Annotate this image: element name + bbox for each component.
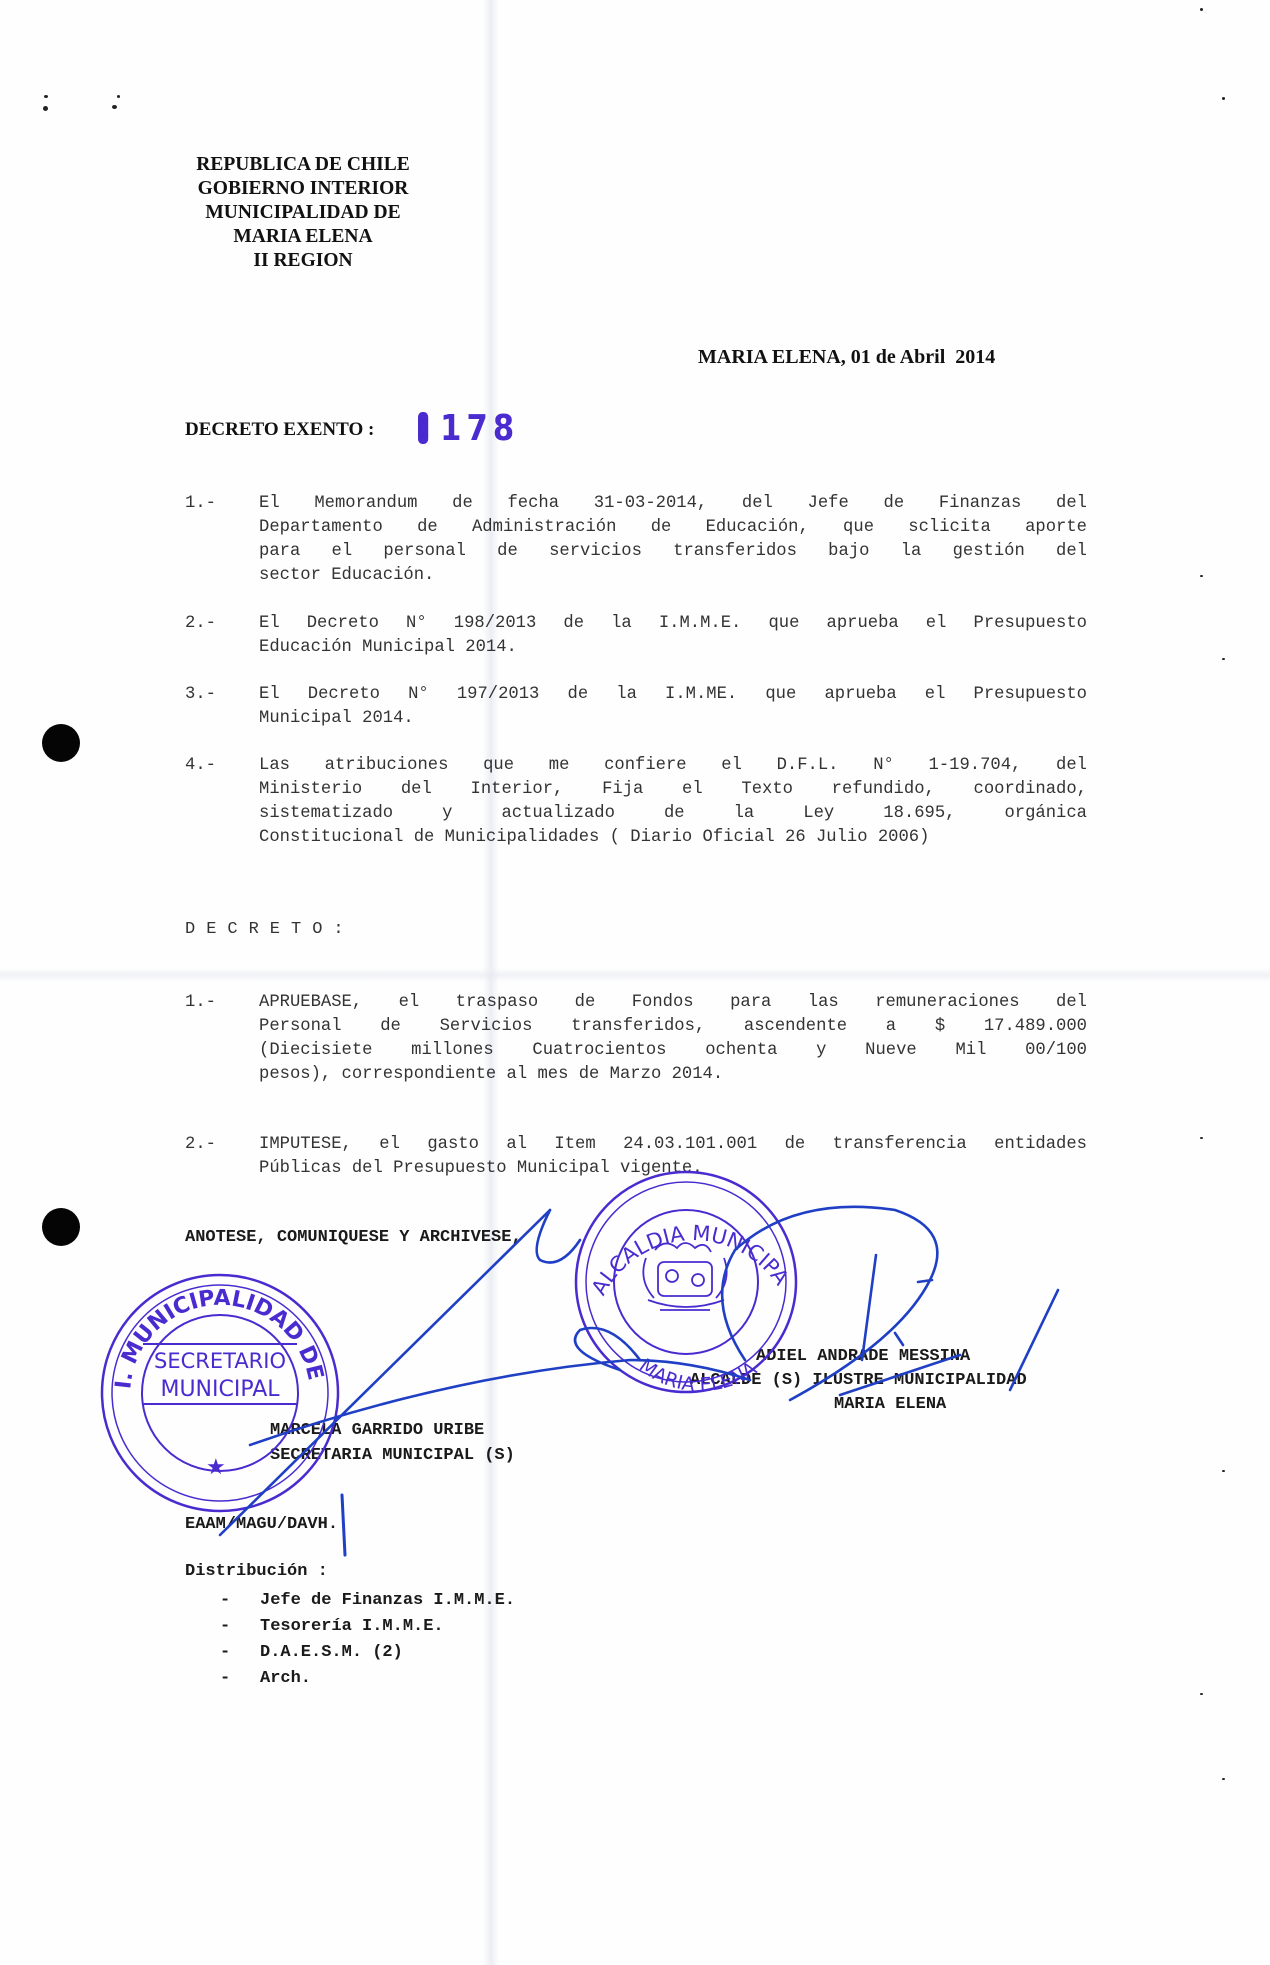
text-line: pesos), correspondiente al mes de Marzo …: [259, 1063, 1087, 1087]
distribution-title: Distribución :: [185, 1562, 328, 1581]
item-text: APRUEBASE, el traspaso de Fondos para la…: [259, 991, 1087, 1087]
signatory-title: ALCALDE (S) ILUSTRE MUNICIPALIDAD: [690, 1369, 1027, 1393]
signatory-name: MARCELA GARRIDO URIBE: [270, 1418, 515, 1443]
item-text: El Memorandum de fecha 31-03-2014, del J…: [259, 492, 1087, 588]
text-line: Personal de Servicios transferidos, asce…: [259, 1015, 1087, 1039]
text-line: Municipal 2014.: [259, 707, 1087, 731]
signatory-name: ADIEL ANDRADE MESSINA: [690, 1345, 1027, 1369]
text-line: Ministerio del Interior, Fija el Texto r…: [259, 778, 1087, 802]
hole-punch: [42, 1208, 80, 1246]
scan-speck: [43, 106, 48, 111]
header-line: GOBIERNO INTERIOR: [183, 177, 423, 201]
paper-fold-horizontal: [0, 968, 1270, 982]
distribution-item: -D.A.E.S.M. (2): [220, 1640, 515, 1666]
header-line: MARIA ELENA: [183, 225, 423, 249]
item-text: IMPUTESE, el gasto al Item 24.03.101.001…: [259, 1133, 1087, 1181]
item-number: 2.-: [185, 1133, 255, 1157]
distribution-item: -Arch.: [220, 1666, 515, 1692]
text-line: Departamento de Administración de Educac…: [259, 516, 1087, 540]
text-line: Constitucional de Municipalidades ( Diar…: [259, 826, 1087, 850]
distribution-list: -Jefe de Finanzas I.M.M.E. -Tesorería I.…: [220, 1588, 515, 1692]
scan-speck: [1200, 1137, 1203, 1139]
signatory-place: MARIA ELENA: [690, 1393, 1027, 1417]
text-line: El Decreto N° 198/2013 de la I.M.M.E. qu…: [259, 612, 1087, 636]
header-line: II REGION: [183, 249, 423, 273]
signatory-mayor: ADIEL ANDRADE MESSINA ALCALDE (S) ILUSTR…: [690, 1345, 1027, 1417]
distribution-item: -Tesorería I.M.M.E.: [220, 1614, 515, 1640]
scan-speck: [1200, 8, 1203, 11]
document-page: REPUBLICA DE CHILE GOBIERNO INTERIOR MUN…: [0, 0, 1270, 1965]
scan-speck: [44, 95, 48, 98]
signatory-title: SECRETARIA MUNICIPAL (S): [270, 1443, 515, 1468]
hole-punch: [42, 724, 80, 762]
date-line: MARIA ELENA, 01 de Abril 2014: [698, 346, 995, 369]
text-line: Educación Municipal 2014.: [259, 636, 1087, 660]
decree-number: 178: [440, 408, 519, 449]
closing-formula: ANOTESE, COMUNIQUESE Y ARCHIVESE,: [185, 1228, 522, 1247]
item-number: 1.-: [185, 991, 255, 1015]
scan-speck: [1222, 97, 1225, 100]
item-number: 2.-: [185, 612, 255, 636]
header-line: MUNICIPALIDAD DE: [183, 201, 423, 225]
item-text: El Decreto N° 198/2013 de la I.M.M.E. qu…: [259, 612, 1087, 660]
item-text: Las atribuciones que me confiere el D.F.…: [259, 754, 1087, 850]
signatory-secretary: MARCELA GARRIDO URIBE SECRETARIA MUNICIP…: [270, 1418, 515, 1468]
item-number: 4.-: [185, 754, 255, 778]
decreto-title: DECRETO:: [185, 920, 355, 939]
scan-speck: [117, 95, 120, 98]
stamps-and-signatures: I. MUNICIPALIDAD DE MARIA ELENA SECRETAR…: [0, 0, 1270, 1965]
decreto-exento-label: DECRETO EXENTO :: [185, 419, 374, 441]
item-number: 1.-: [185, 492, 255, 516]
distribution-item: -Jefe de Finanzas I.M.M.E.: [220, 1588, 515, 1614]
star-icon: ★: [206, 1455, 226, 1480]
text-line: Públicas del Presupuesto Municipal vigen…: [259, 1157, 1087, 1181]
scan-speck: [1200, 1693, 1203, 1695]
scan-speck: [1222, 1778, 1225, 1780]
stamp-blot: [418, 412, 428, 444]
text-line: El Decreto N° 197/2013 de la I.M.ME. que…: [259, 683, 1087, 707]
stamp-center-line1: SECRETARIO: [154, 1349, 286, 1373]
stamp-center-line2: MUNICIPAL: [160, 1377, 280, 1402]
text-line: IMPUTESE, el gasto al Item 24.03.101.001…: [259, 1133, 1087, 1157]
decree-number-stamp: 178: [418, 408, 519, 449]
coat-of-arms-icon: [643, 1243, 726, 1310]
scan-speck: [1222, 1470, 1225, 1472]
text-line: Las atribuciones que me confiere el D.F.…: [259, 754, 1087, 778]
header-line: REPUBLICA DE CHILE: [183, 153, 423, 177]
item-number: 3.-: [185, 683, 255, 707]
text-line: (Diecisiete millones Cuatrocientos ochen…: [259, 1039, 1087, 1063]
text-line: sistematizado y actualizado de la Ley 18…: [259, 802, 1087, 826]
text-line: sector Educación.: [259, 564, 1087, 588]
scan-speck: [1222, 658, 1225, 660]
text-line: APRUEBASE, el traspaso de Fondos para la…: [259, 991, 1087, 1015]
scan-speck: [1200, 575, 1203, 577]
text-line: para el personal de servicios transferid…: [259, 540, 1087, 564]
item-text: El Decreto N° 197/2013 de la I.M.ME. que…: [259, 683, 1087, 731]
issuer-header: REPUBLICA DE CHILE GOBIERNO INTERIOR MUN…: [183, 153, 423, 273]
text-line: El Memorandum de fecha 31-03-2014, del J…: [259, 492, 1087, 516]
scan-speck: [112, 105, 117, 109]
initials: EAAM/MAGU/DAVH.: [185, 1515, 338, 1534]
